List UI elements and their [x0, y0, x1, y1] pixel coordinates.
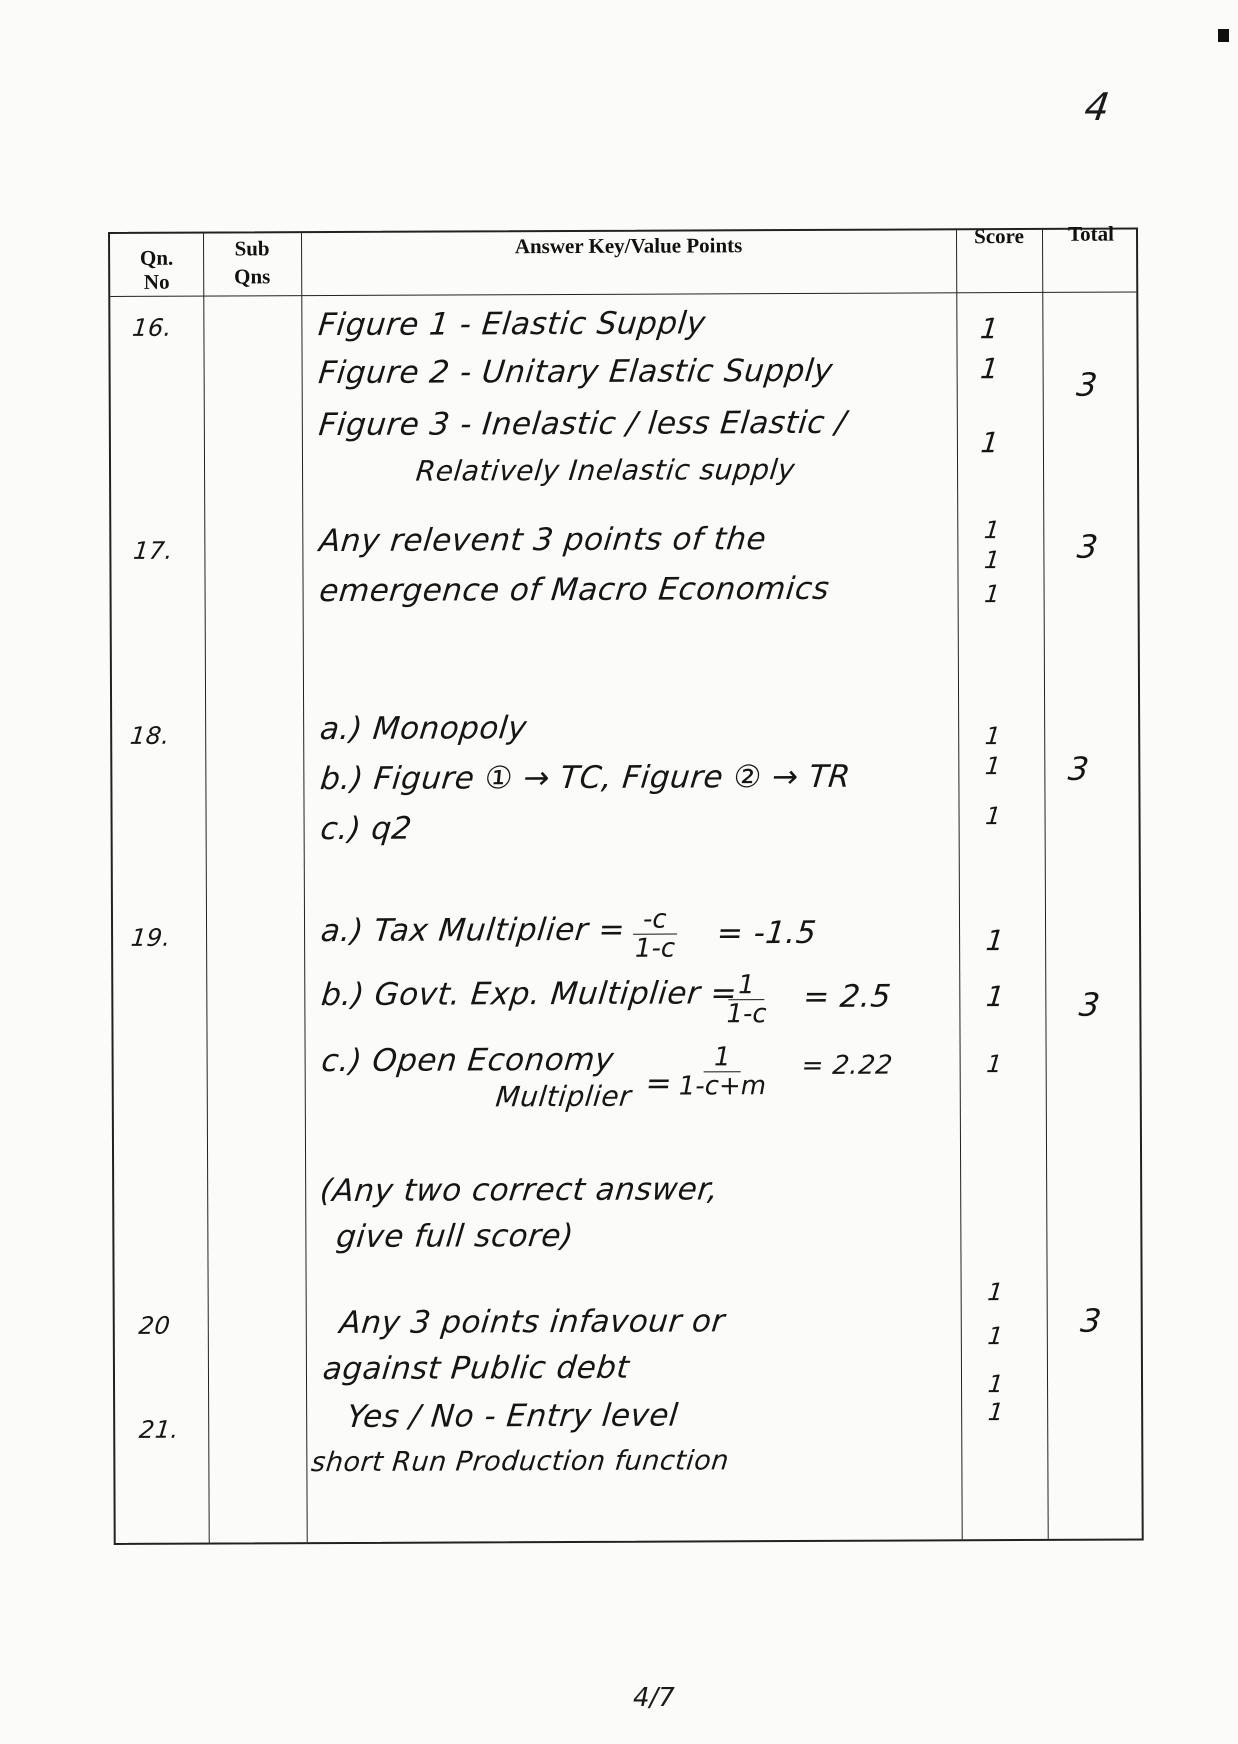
score-value: 1: [985, 980, 1007, 1013]
answer-line: Figure 2 - Unitary Elastic Supply: [317, 353, 835, 391]
answer-note: give full score): [335, 1218, 576, 1255]
answer-line: Multiplier: [494, 1080, 633, 1114]
score-value: 1: [986, 1278, 1005, 1306]
answer-line: Figure 1 - Elastic Supply: [317, 305, 708, 343]
header-total: Total: [1042, 221, 1140, 245]
question-number: 16.: [131, 314, 173, 342]
answer-line: short Run Production function: [310, 1445, 731, 1478]
answer-line: Figure 3 - Inelastic / less Elastic /: [317, 405, 848, 443]
answer-line: Relatively Inelastic supply: [414, 453, 796, 488]
question-number: 19.: [130, 924, 172, 952]
answer-line: b.) Govt. Exp. Multiplier =: [320, 975, 739, 1013]
answer-line: a.) Tax Multiplier =: [319, 912, 627, 949]
column-divider: [301, 233, 308, 1542]
score-value: 1: [985, 1050, 1004, 1078]
score-value: 1: [987, 1398, 1006, 1426]
column-divider: [1042, 230, 1049, 1539]
formula-result: = 2.5: [802, 979, 893, 1015]
score-value: 1: [984, 924, 1006, 957]
total-value: 3: [1077, 986, 1102, 1024]
page-number-top: 4: [1082, 85, 1112, 129]
answer-line: Any 3 points infavour or: [338, 1303, 727, 1341]
answer-note: (Any two correct answer,: [318, 1171, 720, 1209]
score-value: 1: [983, 516, 1002, 544]
answer-line: emergence of Macro Economics: [318, 571, 831, 609]
total-value: 3: [1075, 528, 1100, 566]
column-divider: [203, 234, 210, 1543]
govt-exp-multiplier-formula: 1 1-c: [726, 971, 766, 1028]
page-number-bottom: 4/7: [633, 1683, 675, 1713]
scan-registration-mark: [1218, 29, 1229, 42]
answer-line: c.) q2: [319, 811, 414, 847]
answer-line: Any relevent 3 points of the: [318, 521, 769, 559]
header-divider: [110, 292, 1136, 297]
open-economy-multiplier-formula: 1 1-c+m: [679, 1043, 767, 1100]
header-answer-key: Answer Key/Value Points: [301, 232, 956, 259]
header-score: Score: [956, 224, 1042, 248]
answer-key-table: Qn.No SubQns Answer Key/Value Points Sco…: [108, 228, 1144, 1545]
answer-line: b.) Figure ① → TC, Figure ② → TR: [319, 759, 853, 797]
formula-result: = 2.22: [800, 1051, 894, 1081]
question-number: 18.: [129, 722, 171, 750]
answer-line: a.) Monopoly: [318, 710, 528, 747]
column-divider: [956, 230, 963, 1539]
question-number: 20: [137, 1312, 171, 1340]
answer-line: against Public debt: [321, 1350, 631, 1387]
answer-line: c.) Open Economy: [320, 1042, 616, 1079]
total-value: 3: [1079, 1302, 1104, 1340]
score-value: 1: [986, 1322, 1005, 1350]
score-value: 1: [983, 580, 1002, 608]
tax-multiplier-formula: -c 1-c: [633, 906, 677, 963]
score-value: 1: [979, 352, 1001, 385]
total-value: 3: [1075, 366, 1100, 404]
score-value: 1: [979, 426, 1001, 459]
equals-sign: =: [644, 1066, 674, 1102]
score-value: 1: [987, 1370, 1006, 1398]
answer-line: Yes / No - Entry level: [345, 1398, 680, 1435]
score-value: 1: [984, 802, 1003, 830]
formula-result: = -1.5: [715, 915, 818, 951]
score-value: 1: [983, 546, 1002, 574]
score-value: 1: [984, 722, 1003, 750]
total-value: 3: [1066, 750, 1091, 788]
question-number: 17.: [132, 537, 174, 565]
question-number: 21.: [138, 1416, 180, 1444]
score-value: 1: [979, 312, 1001, 345]
header-sub-qns: SubQns: [203, 236, 301, 288]
header-qn-no: Qn.No: [110, 246, 203, 294]
score-value: 1: [984, 752, 1003, 780]
